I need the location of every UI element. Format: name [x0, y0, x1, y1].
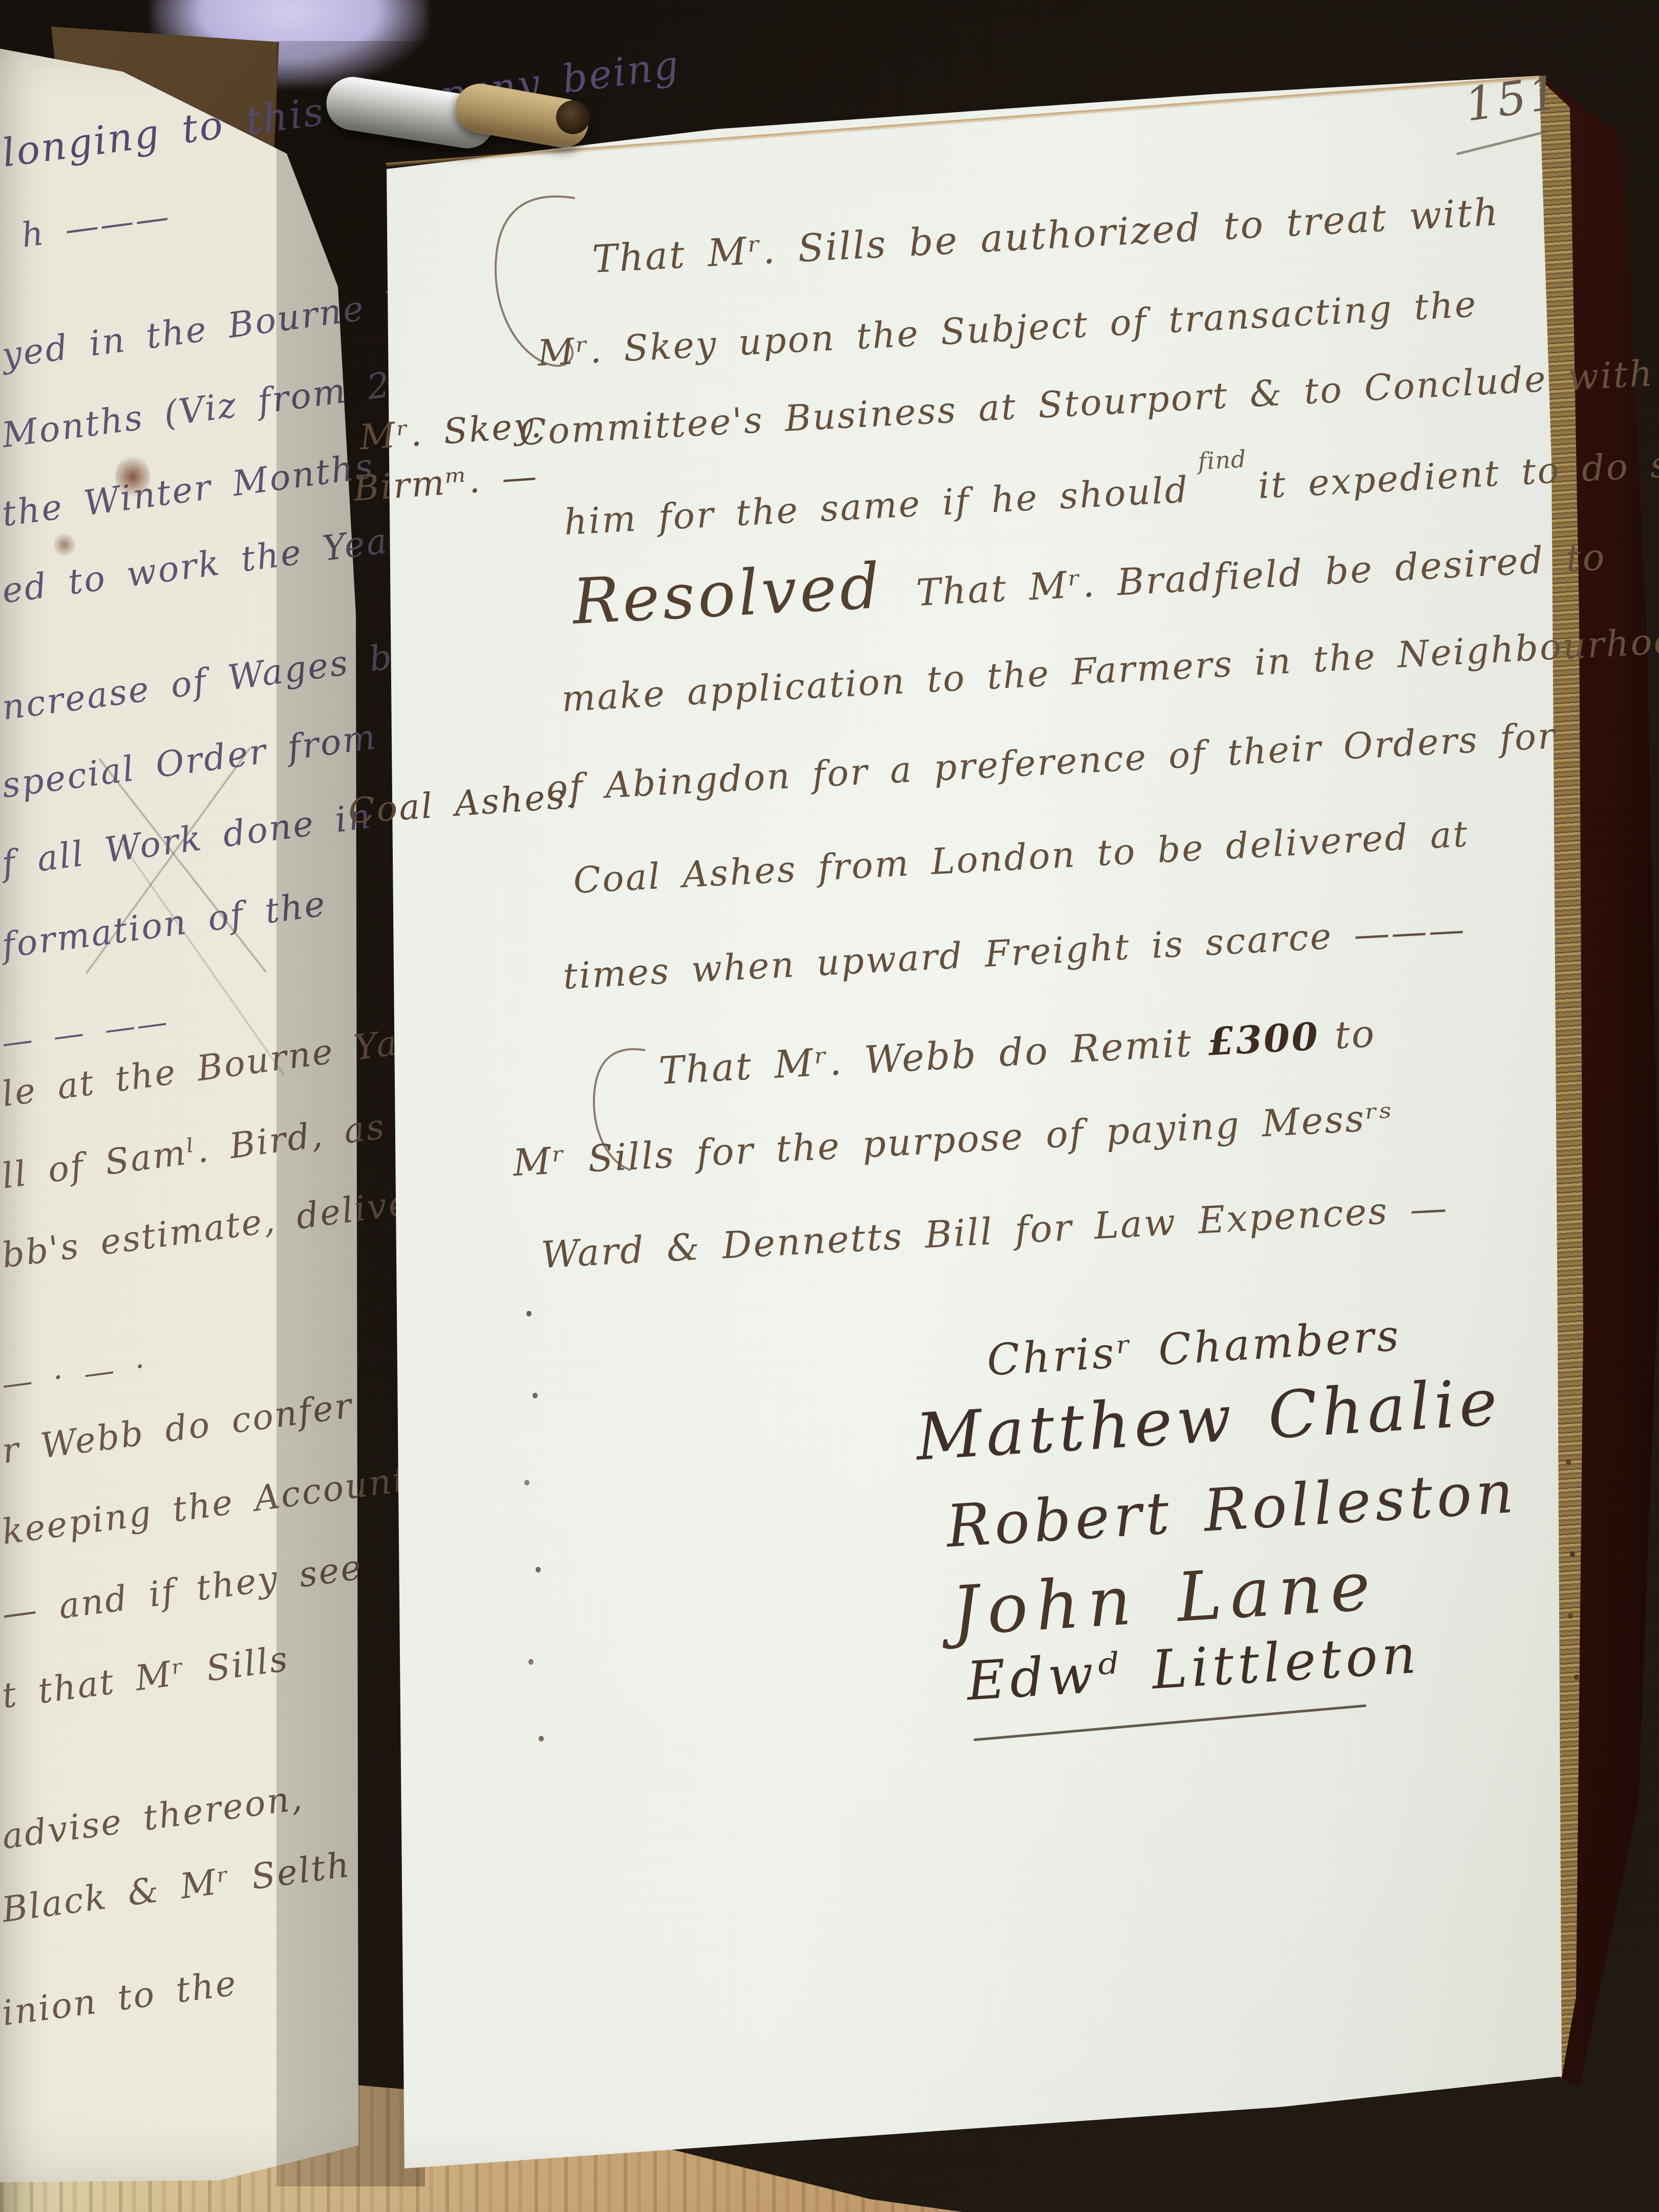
foxing-specks: [526, 1311, 531, 1316]
page-number: 151: [1462, 70, 1564, 129]
photograph-of-minute-book: { "page_number": "151", "right_page": { …: [0, 0, 1659, 2212]
ink-blot: [115, 455, 150, 499]
amount-pounds: £300: [1207, 1014, 1321, 1064]
line-text: to: [1333, 1012, 1377, 1058]
interlinear-insertion: find: [1197, 447, 1247, 473]
ink-blot: [54, 533, 75, 557]
foxing-specks: [1566, 1459, 1571, 1465]
